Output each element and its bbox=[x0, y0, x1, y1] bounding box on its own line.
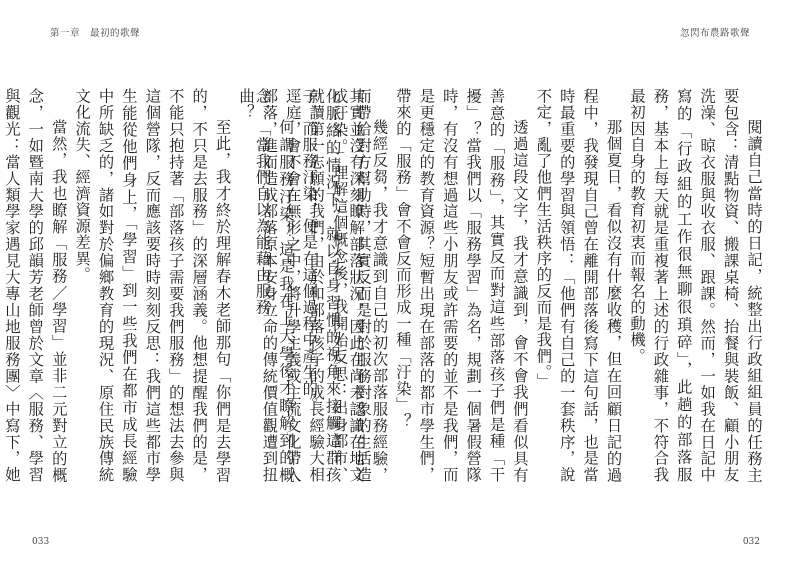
paragraph: 至此，我才終於理解春木老師那句「你們是去學習的，不只是去服務」的深層涵義。他想提… bbox=[70, 88, 234, 483]
running-head-chapter: 第一章 最初的歌聲 bbox=[50, 25, 140, 39]
paragraph: 當然，我也瞭解「服務／學習」並非二元對立的概念，一如暨南大學的邱韻芳老師曾於文章… bbox=[0, 88, 70, 483]
paragraph: 透過這段文字，我才意識到，會不會我們看似具有善意的「服務」，其實反而對這些部落孩… bbox=[391, 88, 531, 483]
paragraph: 那個夏日，看似沒有什麼收穫，但在回顧日記的過程中，我發現自己曾在離開部落後寫下這… bbox=[531, 88, 625, 483]
paragraph: 幾經反芻，我才意識到自己的初次部落服務經驗，其實並沒有深刻瞭解部落狀況，因此在尚… bbox=[297, 88, 391, 483]
right-page: 忽閃布農路歌聲 閱讀自己當時的日記，統整出行政組組員的任務主要包含：清點物資、搬… bbox=[400, 0, 800, 567]
running-head-book-title: 忽閃布農路歌聲 bbox=[680, 25, 750, 39]
right-page-body: 閱讀自己當時的日記，統整出行政組組員的任務主要包含：清點物資、搬課桌椅、抬餐與裝… bbox=[430, 88, 765, 483]
page-number: 033 bbox=[32, 537, 49, 547]
paragraph: 何謂服務汙染？這是我在上大學後才瞭解到的概念：「當我們自以為能藉由服務 bbox=[250, 88, 297, 483]
paragraph: 閱讀自己當時的日記，統整出行政組組員的任務主要包含：清點物資、搬課桌椅、抬餐與裝… bbox=[625, 88, 765, 483]
book-spread: 第一章 最初的歌聲 而帶給對方幫助時，其實反而是對於服務對象的生活造成汙染。」理… bbox=[0, 0, 800, 567]
page-number: 032 bbox=[743, 537, 760, 547]
